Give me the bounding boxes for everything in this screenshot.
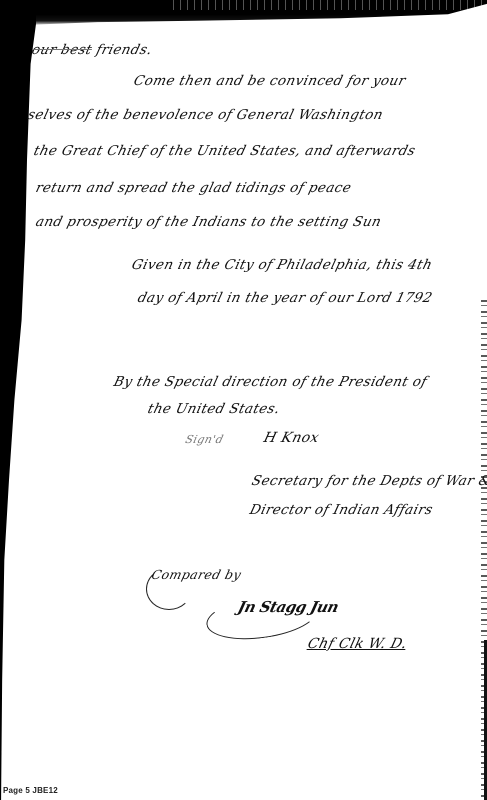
document-line-1: our best friends. — [30, 42, 154, 58]
line-text: Given in the City of Philadelphia, this … — [130, 257, 434, 273]
scanned-document-page: our best friends. Come then and be convi… — [0, 0, 487, 800]
line-text: By the Special direction of the Presiden… — [112, 374, 429, 390]
document-line-2: Come then and be convinced for your — [132, 73, 408, 89]
line-text: return and spread the glad tidings of pe… — [34, 180, 353, 196]
line-text: Come then and be convinced for your — [132, 73, 408, 89]
line-text: the United States. — [146, 401, 282, 417]
document-line-7: Given in the City of Philadelphia, this … — [130, 257, 434, 273]
document-line-10: the United States. — [146, 401, 282, 417]
line-text: friends. — [90, 42, 154, 58]
line-text: selves of the benevolence of General Was… — [26, 107, 385, 123]
line-text: the Great Chief of the United States, an… — [32, 143, 417, 159]
line-text: day of April in the year of our Lord 179… — [136, 290, 434, 306]
line-text: Chf Clk W. D. — [306, 636, 409, 652]
document-line-9: By the Special direction of the Presiden… — [112, 374, 429, 390]
scan-noise-top — [170, 0, 487, 10]
document-line-6: and prosperity of the Indians to the set… — [34, 214, 383, 230]
document-line-3: selves of the benevolence of General Was… — [26, 107, 385, 123]
document-line-8: day of April in the year of our Lord 179… — [136, 290, 434, 306]
line-text: Compared by — [150, 567, 243, 582]
line-text: Director of Indian Affairs — [248, 502, 435, 518]
signer-name: H Knox — [262, 430, 321, 446]
line-text: H Knox — [262, 430, 321, 446]
signature-flourish-icon — [204, 588, 321, 645]
line-text: Sign'd — [184, 433, 225, 446]
attestation-title: Chf Clk W. D. — [306, 636, 409, 652]
signed-label: Sign'd — [184, 433, 225, 446]
line-text: and prosperity of the Indians to the set… — [34, 214, 383, 230]
document-line-4: the Great Chief of the United States, an… — [32, 143, 417, 159]
page-footer-label: Page 5 JBE12 — [3, 786, 58, 795]
line-text: Secretary for the Depts of War & — [250, 473, 487, 489]
compared-by-label: Compared by — [150, 567, 243, 582]
document-line-13: Director of Indian Affairs — [248, 502, 435, 518]
document-line-12: Secretary for the Depts of War & — [250, 473, 487, 489]
struck-text: our best — [30, 42, 94, 58]
document-line-5: return and spread the glad tidings of pe… — [34, 180, 353, 196]
